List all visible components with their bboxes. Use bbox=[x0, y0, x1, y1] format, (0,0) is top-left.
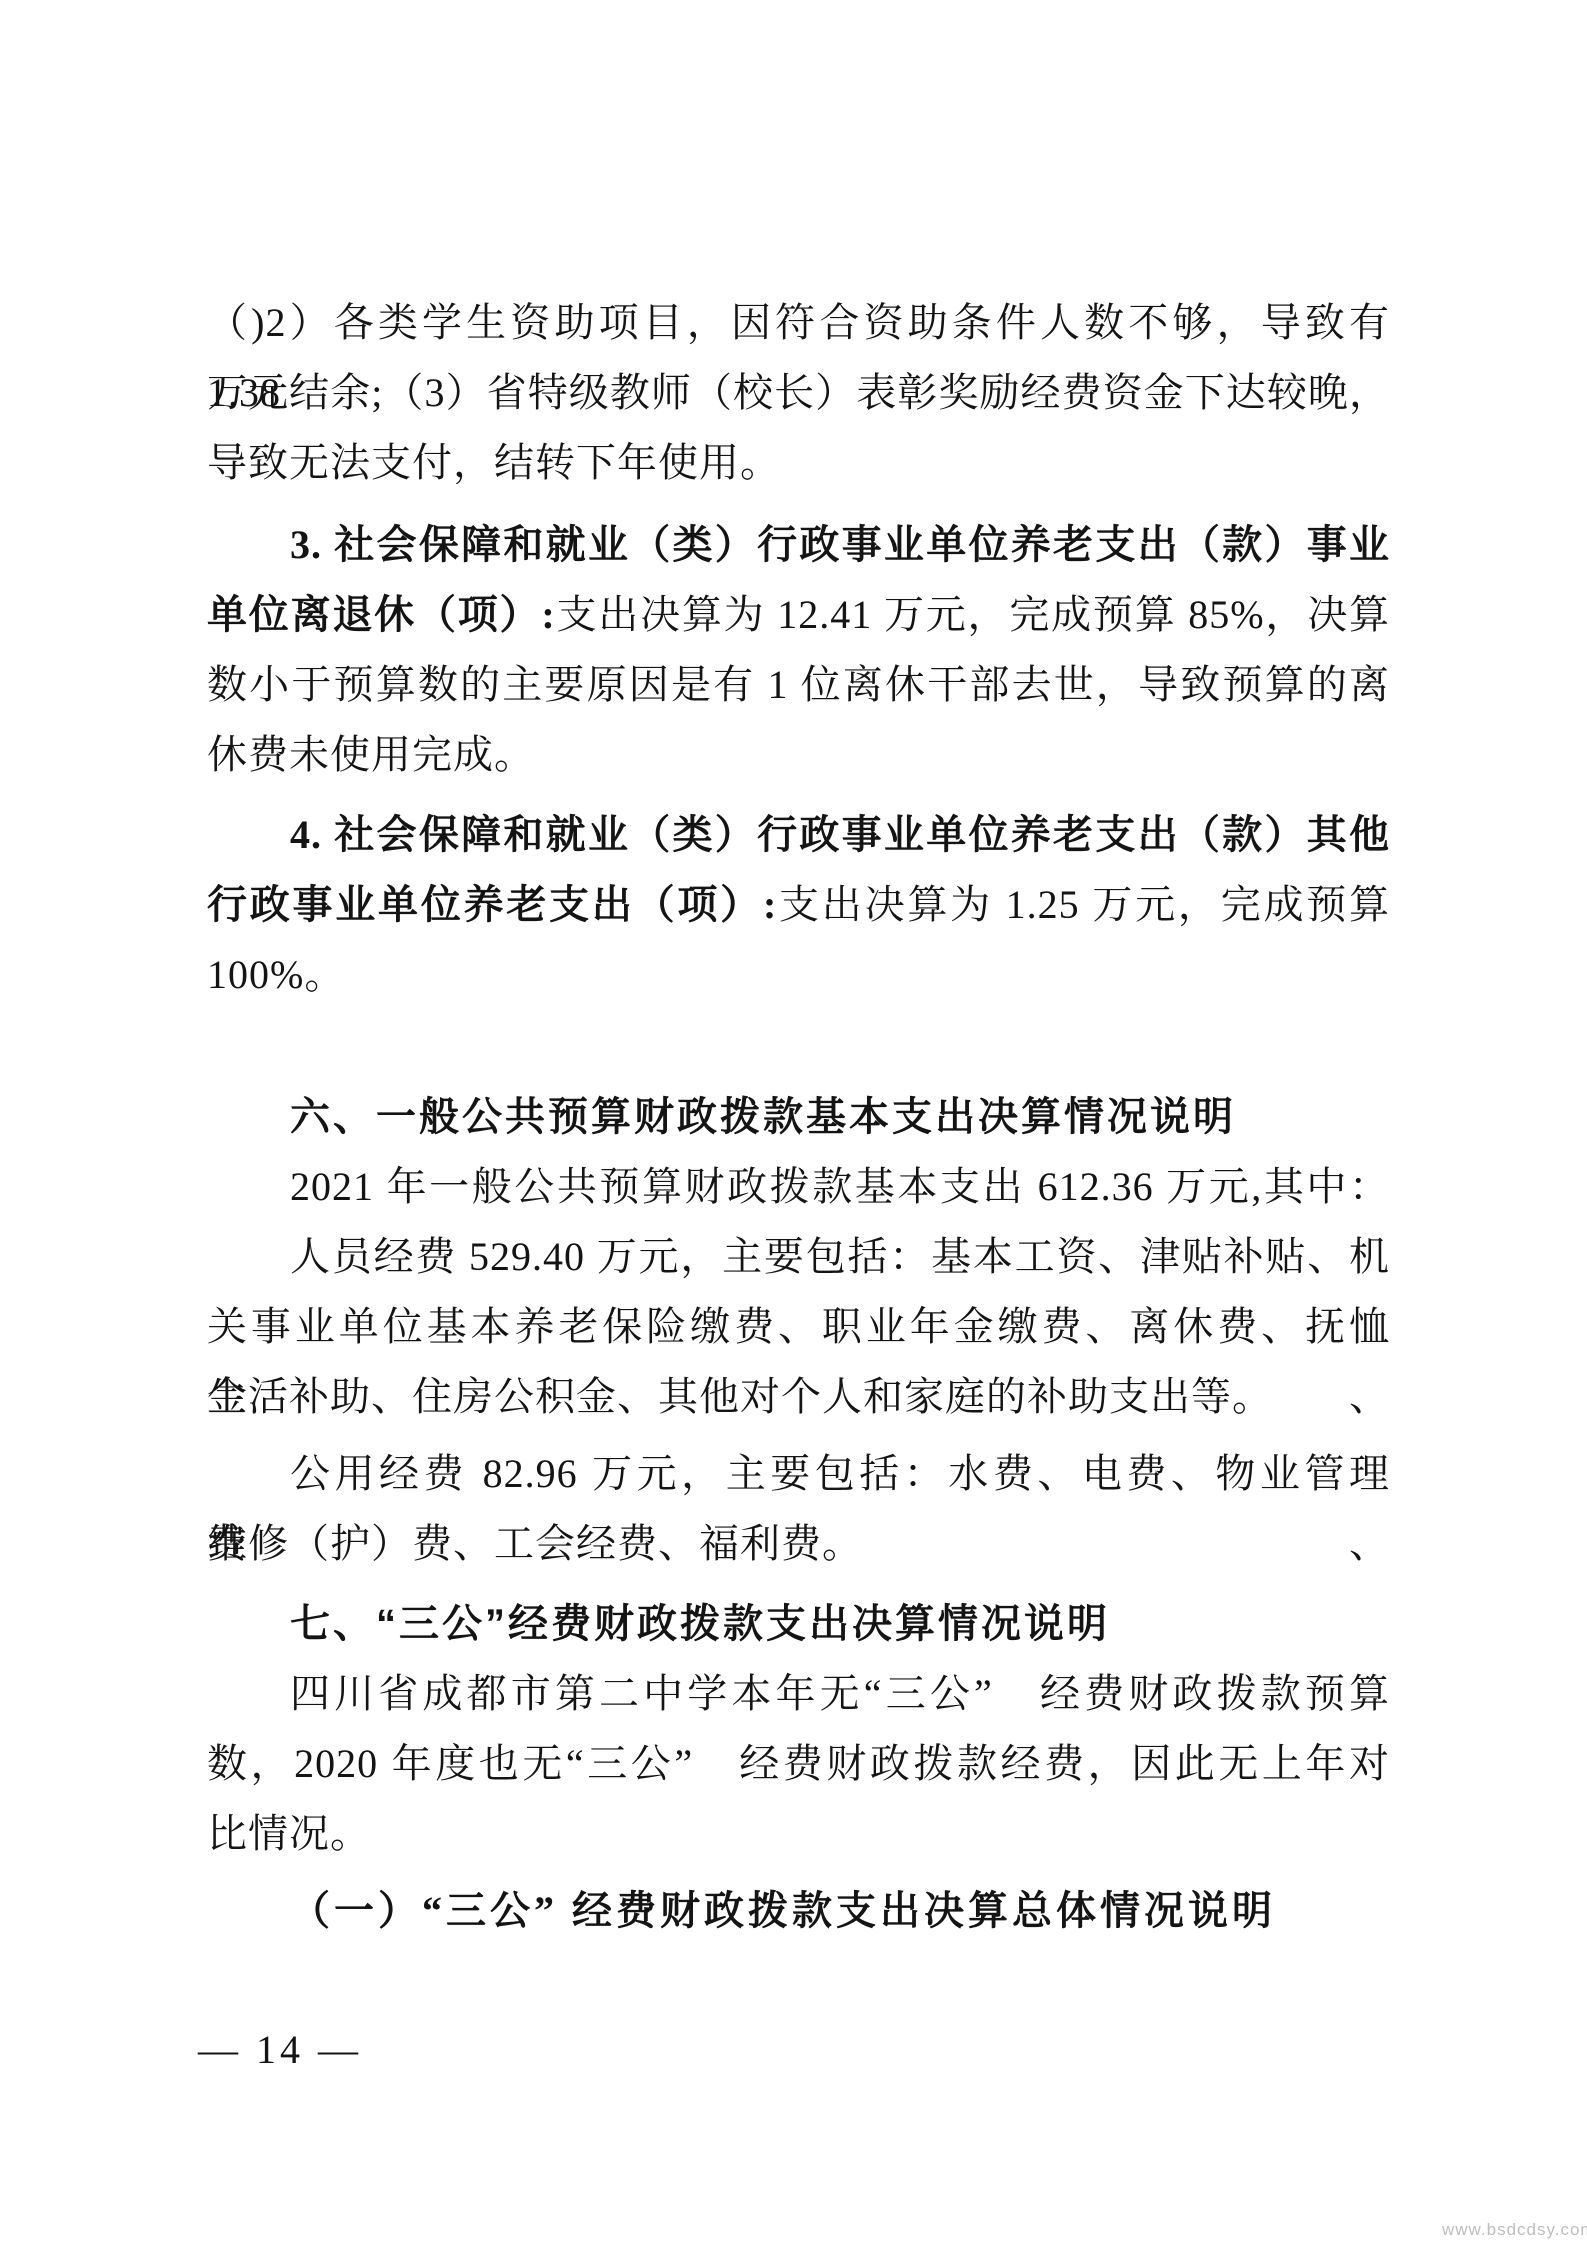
text-line: 七、“三公”经费财政拨款支出决算情况说明 bbox=[207, 1589, 1390, 1659]
text-line: 万元结余;（3）省特级教师（校长）表彰奖励经费资金下达较晚， bbox=[207, 358, 1390, 428]
text-line: （)2）各类学生资助项目，因符合资助条件人数不够，导致有 1.38 bbox=[207, 288, 1390, 358]
text-line: 六、一般公共预算财政拨款基本支出决算情况说明 bbox=[207, 1082, 1390, 1152]
text-line: 3. 社会保障和就业（类）行政事业单位养老支出（款）事业 bbox=[207, 510, 1390, 580]
text-line: 100%。 bbox=[207, 940, 1390, 1010]
text-line: 关事业单位基本养老保险缴费、职业年金缴费、离休费、抚恤金、 bbox=[207, 1292, 1390, 1362]
text-line: 四川省成都市第二中学本年无“三公” 经费财政拨款预算 bbox=[207, 1659, 1390, 1729]
text-segment: 六、一般公共预算财政拨款基本支出决算情况说明 bbox=[290, 1095, 1236, 1139]
watermark: www.bsdcdsy.com bbox=[1442, 2220, 1587, 2240]
text-segment: 数，2020 年度也无“三公” 经费财政拨款经费，因此无上年对 bbox=[207, 1741, 1390, 1786]
text-segment: 支出决算为 12.41 万元，完成预算 85%，决算 bbox=[556, 592, 1390, 637]
text-segment: 行政事业单位养老支出（项）: bbox=[207, 882, 777, 927]
text-line: 休费未使用完成。 bbox=[207, 720, 1390, 790]
text-segment: 人员经费 529.40 万元，主要包括：基本工资、津贴补贴、机 bbox=[290, 1234, 1390, 1279]
text-segment: 支出决算为 1.25 万元，完成预算 bbox=[777, 882, 1390, 927]
page-number: — 14 — bbox=[198, 2026, 362, 2073]
text-segment: 四川省成都市第二中学本年无“三公” 经费财政拨款预算 bbox=[290, 1671, 1390, 1716]
text-line: 人员经费 529.40 万元，主要包括：基本工资、津贴补贴、机 bbox=[207, 1222, 1390, 1292]
text-line: 4. 社会保障和就业（类）行政事业单位养老支出（款）其他 bbox=[207, 800, 1390, 870]
text-line: 单位离退休（项）:支出决算为 12.41 万元，完成预算 85%，决算 bbox=[207, 580, 1390, 650]
text-line: 公用经费 82.96 万元，主要包括：水费、电费、物业管理费、 bbox=[207, 1439, 1390, 1509]
text-segment: 数小于预算数的主要原因是有 1 位离休干部去世，导致预算的离 bbox=[207, 662, 1390, 707]
text-line: 数小于预算数的主要原因是有 1 位离休干部去世，导致预算的离 bbox=[207, 650, 1390, 720]
text-line: 比情况。 bbox=[207, 1799, 1390, 1869]
text-line: 数，2020 年度也无“三公” 经费财政拨款经费，因此无上年对 bbox=[207, 1729, 1390, 1799]
text-line: 生活补助、住房公积金、其他对个人和家庭的补助支出等。 bbox=[207, 1362, 1390, 1432]
document-body-text: （)2）各类学生资助项目，因符合资助条件人数不够，导致有 1.38万元结余;（3… bbox=[207, 288, 1390, 1946]
text-line: 2021 年一般公共预算财政拨款基本支出 612.36 万元,其中： bbox=[207, 1152, 1390, 1222]
text-segment: （一）“三公” 经费财政拨款支出决算总体情况说明 bbox=[290, 1888, 1276, 1933]
text-segment: 生活补助、住房公积金、其他对个人和家庭的补助支出等。 bbox=[207, 1374, 1273, 1419]
text-segment: 比情况。 bbox=[207, 1811, 371, 1856]
text-segment: 2021 年一般公共预算财政拨款基本支出 612.36 万元,其中： bbox=[290, 1164, 1390, 1209]
text-segment: 导致无法支付，结转下年使用。 bbox=[207, 440, 781, 485]
text-line: （一）“三公” 经费财政拨款支出决算总体情况说明 bbox=[207, 1876, 1390, 1946]
text-segment: 休费未使用完成。 bbox=[207, 732, 535, 777]
text-line: 导致无法支付，结转下年使用。 bbox=[207, 428, 1390, 498]
text-segment: 4. 社会保障和就业（类）行政事业单位养老支出（款）其他 bbox=[290, 812, 1390, 857]
document-page: （)2）各类学生资助项目，因符合资助条件人数不够，导致有 1.38万元结余;（3… bbox=[0, 0, 1587, 2245]
text-segment: 3. 社会保障和就业（类）行政事业单位养老支出（款）事业 bbox=[290, 522, 1390, 567]
text-segment: 万元结余;（3）省特级教师（校长）表彰奖励经费资金下达较晚， bbox=[207, 370, 1390, 415]
text-line: 行政事业单位养老支出（项）:支出决算为 1.25 万元，完成预算 bbox=[207, 870, 1390, 940]
text-segment: 维修（护）费、工会经费、福利费。 bbox=[207, 1521, 863, 1566]
text-segment: 七、“三公”经费财政拨款支出决算情况说明 bbox=[290, 1602, 1110, 1646]
text-segment: 单位离退休（项）: bbox=[207, 592, 556, 637]
text-segment: 100%。 bbox=[207, 952, 345, 997]
